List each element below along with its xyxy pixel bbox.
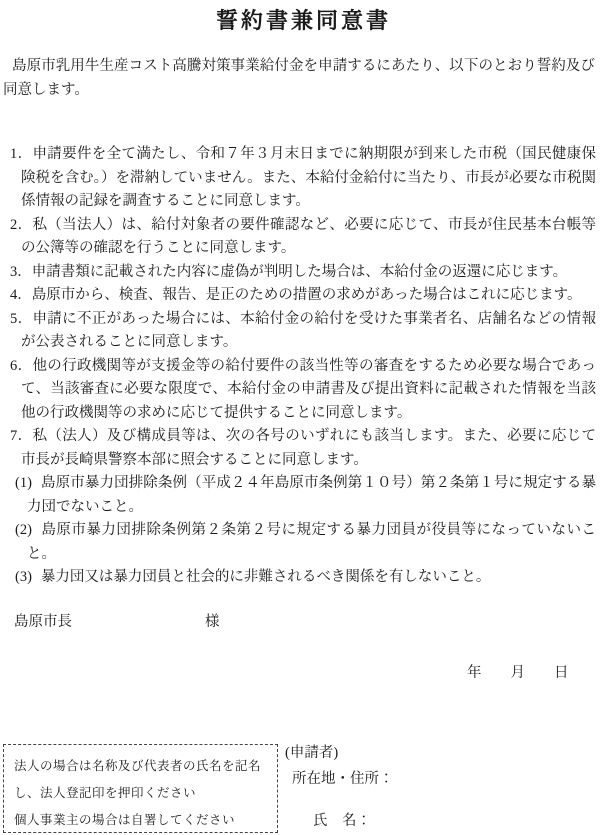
item-text: 申請に不正があった場合には、本給付金の給付を受けた事業者名、店舗名などの情報が公… xyxy=(21,311,596,351)
pledge-subitem-3: (3)暴力団又は暴力団員と社会的に非難されるべき関係を有しないこと。 xyxy=(3,566,596,590)
applicant-label: (申請者) xyxy=(285,741,338,762)
addressee-honorific: 様 xyxy=(205,614,220,630)
item-text: 私（法人）及び構成員等は、次の各号のいずれにも該当します。また、必要に応じて市長… xyxy=(21,428,596,468)
document-title: 誓約書兼同意書 xyxy=(0,4,607,35)
item-number: 5． xyxy=(10,311,32,327)
pledge-subitem-2: (2)島原市暴力団排除条例第２条第２号に規定する暴力団員が役員等になっていないこ… xyxy=(3,519,596,566)
pledge-consent-document: 誓約書兼同意書 島原市乳用牛生産コスト高騰対策事業給付金を申請するにあたり、以下… xyxy=(0,0,607,835)
pledge-item-2: 2．私（当法人）は、給付対象者の要件確認など、必要に応じて、市長が住民基本台帳等… xyxy=(3,214,596,261)
instruction-line: し、法人登記印を押印ください xyxy=(14,780,271,807)
item-number: 3． xyxy=(10,264,32,280)
addressee-name: 島原市長 xyxy=(14,614,72,630)
item-text: 申請要件を全て満たし、令和７年３月末日までに納期限が到来した市税（国民健康保険税… xyxy=(21,146,596,209)
pledge-item-3: 3．申請書類に記載された内容に虚偽が判明した場合は、本給付金の返還に応じます。 xyxy=(3,261,596,285)
subitem-text: 島原市暴力団排除条例第２条第２号に規定する暴力団員が役員等になっていないこと。 xyxy=(27,522,596,562)
pledge-subitem-1: (1)島原市暴力団排除条例（平成２４年島原市条例第１０号）第２条第１号に規定する… xyxy=(3,472,596,519)
pledge-items-list: 1．申請要件を全て満たし、令和７年３月末日までに納期限が到来した市税（国民健康保… xyxy=(3,143,596,590)
item-number: 4． xyxy=(10,287,32,303)
item-text: 申請書類に記載された内容に虚偽が判明した場合は、本給付金の返還に応じます。 xyxy=(32,264,567,280)
item-number: 1． xyxy=(10,146,32,162)
item-number: 7． xyxy=(10,428,33,444)
pledge-item-7: 7．私（法人）及び構成員等は、次の各号のいずれにも該当します。また、必要に応じて… xyxy=(3,425,596,472)
pledge-item-1: 1．申請要件を全て満たし、令和７年３月末日までに納期限が到来した市税（国民健康保… xyxy=(3,143,596,214)
subitem-number: (3) xyxy=(15,569,32,585)
addressee-line: 島原市長様 xyxy=(14,610,220,631)
item-number: 2． xyxy=(10,217,32,233)
item-text: 私（当法人）は、給付対象者の要件確認など、必要に応じて、市長が住民基本台帳等の公… xyxy=(21,217,596,257)
signature-instruction-box: 法人の場合は名称及び代表者の氏名を記名 し、法人登記印を押印ください 個人事業主… xyxy=(3,744,278,833)
pledge-item-4: 4．島原市から、検査、報告、是正のための措置の求めがあった場合はこれに応じます。 xyxy=(3,284,596,308)
applicant-address-label: 所在地・住所： xyxy=(292,767,394,788)
subitem-number: (1) xyxy=(15,475,32,491)
subitem-text: 暴力団又は暴力団員と社会的に非難されるべき関係を有しないこと。 xyxy=(41,569,491,585)
instruction-line: 個人事業主の場合は自署してください xyxy=(14,807,271,834)
item-text: 島原市から、検査、報告、是正のための措置の求めがあった場合はこれに応じます。 xyxy=(32,287,582,303)
applicant-name-label: 氏 名： xyxy=(313,809,371,830)
date-line: 年 月 日 xyxy=(467,661,569,682)
subitem-text: 島原市暴力団排除条例（平成２４年島原市条例第１０号）第２条第１号に規定する暴力団… xyxy=(27,475,596,515)
subitem-number: (2) xyxy=(15,522,32,538)
item-number: 6． xyxy=(10,358,32,374)
pledge-item-6: 6．他の行政機関等が支援金等の給付要件の該当性等の審査をするため必要な場合であっ… xyxy=(3,355,596,426)
item-text: 他の行政機関等が支援金等の給付要件の該当性等の審査をするため必要な場合であって、… xyxy=(21,358,596,421)
pledge-item-5: 5．申請に不正があった場合には、本給付金の給付を受けた事業者名、店舗名などの情報… xyxy=(3,308,596,355)
instruction-line: 法人の場合は名称及び代表者の氏名を記名 xyxy=(14,753,271,780)
intro-paragraph: 島原市乳用牛生産コスト高騰対策事業給付金を申請するにあたり、以下のとおり誓約及び… xyxy=(3,55,595,102)
